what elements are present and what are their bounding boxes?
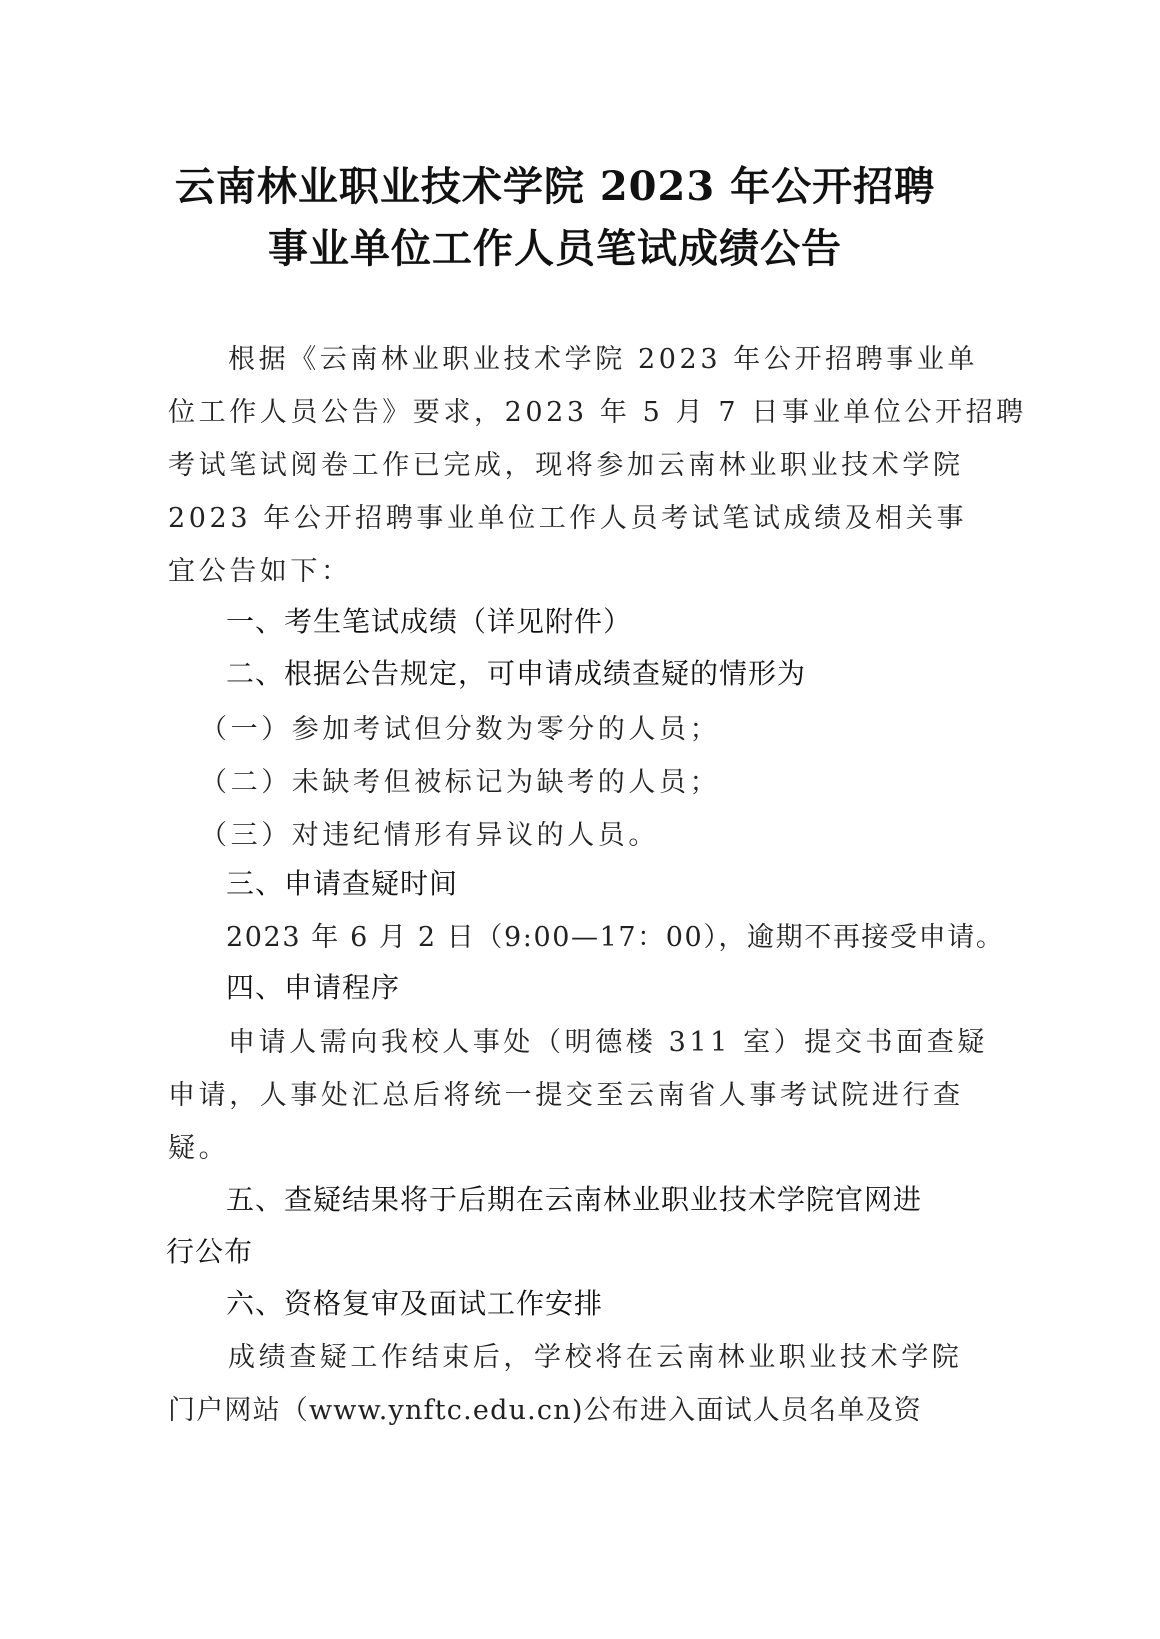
section-2-item-1: （一）参加考试但分数为零分的人员；	[200, 707, 720, 746]
section-4-body-line-2: 申请，人事处汇总后将统一提交至云南省人事考试院进行查	[168, 1073, 964, 1112]
section-6-body-line-1: 成绩查疑工作结束后，学校将在云南林业职业技术学院	[228, 1335, 962, 1374]
section-4-body-line-3: 疑。	[168, 1126, 229, 1165]
section-5-heading-line-1: 五、查疑结果将于后期在云南林业职业技术学院官网进	[226, 1178, 922, 1218]
section-4-body-line-1: 申请人需向我校人事处（明德楼 311 室）提交书面查疑	[228, 1020, 988, 1059]
intro-line-1: 根据《云南林业职业技术学院 2023 年公开招聘事业单	[228, 337, 978, 376]
section-2-heading: 二、根据公告规定，可申请成绩查疑的情形为	[226, 652, 806, 692]
intro-line-2: 位工作人员公告》要求，2023 年 5 月 7 日事业单位公开招聘	[168, 390, 1027, 429]
intro-line-5: 宜公告如下：	[168, 549, 352, 588]
section-6-heading: 六、资格复审及面试工作安排	[226, 1282, 603, 1322]
title-line-1: 云南林业职业技术学院 2023 年公开招聘	[0, 155, 1110, 212]
section-2-item-2: （二）未缺考但被标记为缺考的人员；	[200, 760, 720, 799]
intro-line-4: 2023 年公开招聘事业单位工作人员考试笔试成绩及相关事	[168, 496, 967, 535]
section-3-heading: 三、申请查疑时间	[226, 862, 458, 902]
intro-line-3: 考试笔试阅卷工作已完成，现将参加云南林业职业技术学院	[168, 443, 964, 482]
section-6-body-line-2: 门户网站（www.ynftc.edu.cn)公布进入面试人员名单及资	[168, 1388, 922, 1427]
section-2-item-3: （三）对违纪情形有异议的人员。	[200, 813, 659, 852]
section-1-heading: 一、考生笔试成绩（详见附件）	[226, 600, 632, 640]
section-4-heading: 四、申请程序	[226, 966, 400, 1006]
section-3-body: 2023 年 6 月 2 日（9:00—17：00），逾期不再接受申请。	[226, 915, 1004, 954]
section-5-heading-line-2: 行公布	[166, 1230, 253, 1270]
title-line-2: 事业单位工作人员笔试成绩公告	[0, 217, 1110, 274]
